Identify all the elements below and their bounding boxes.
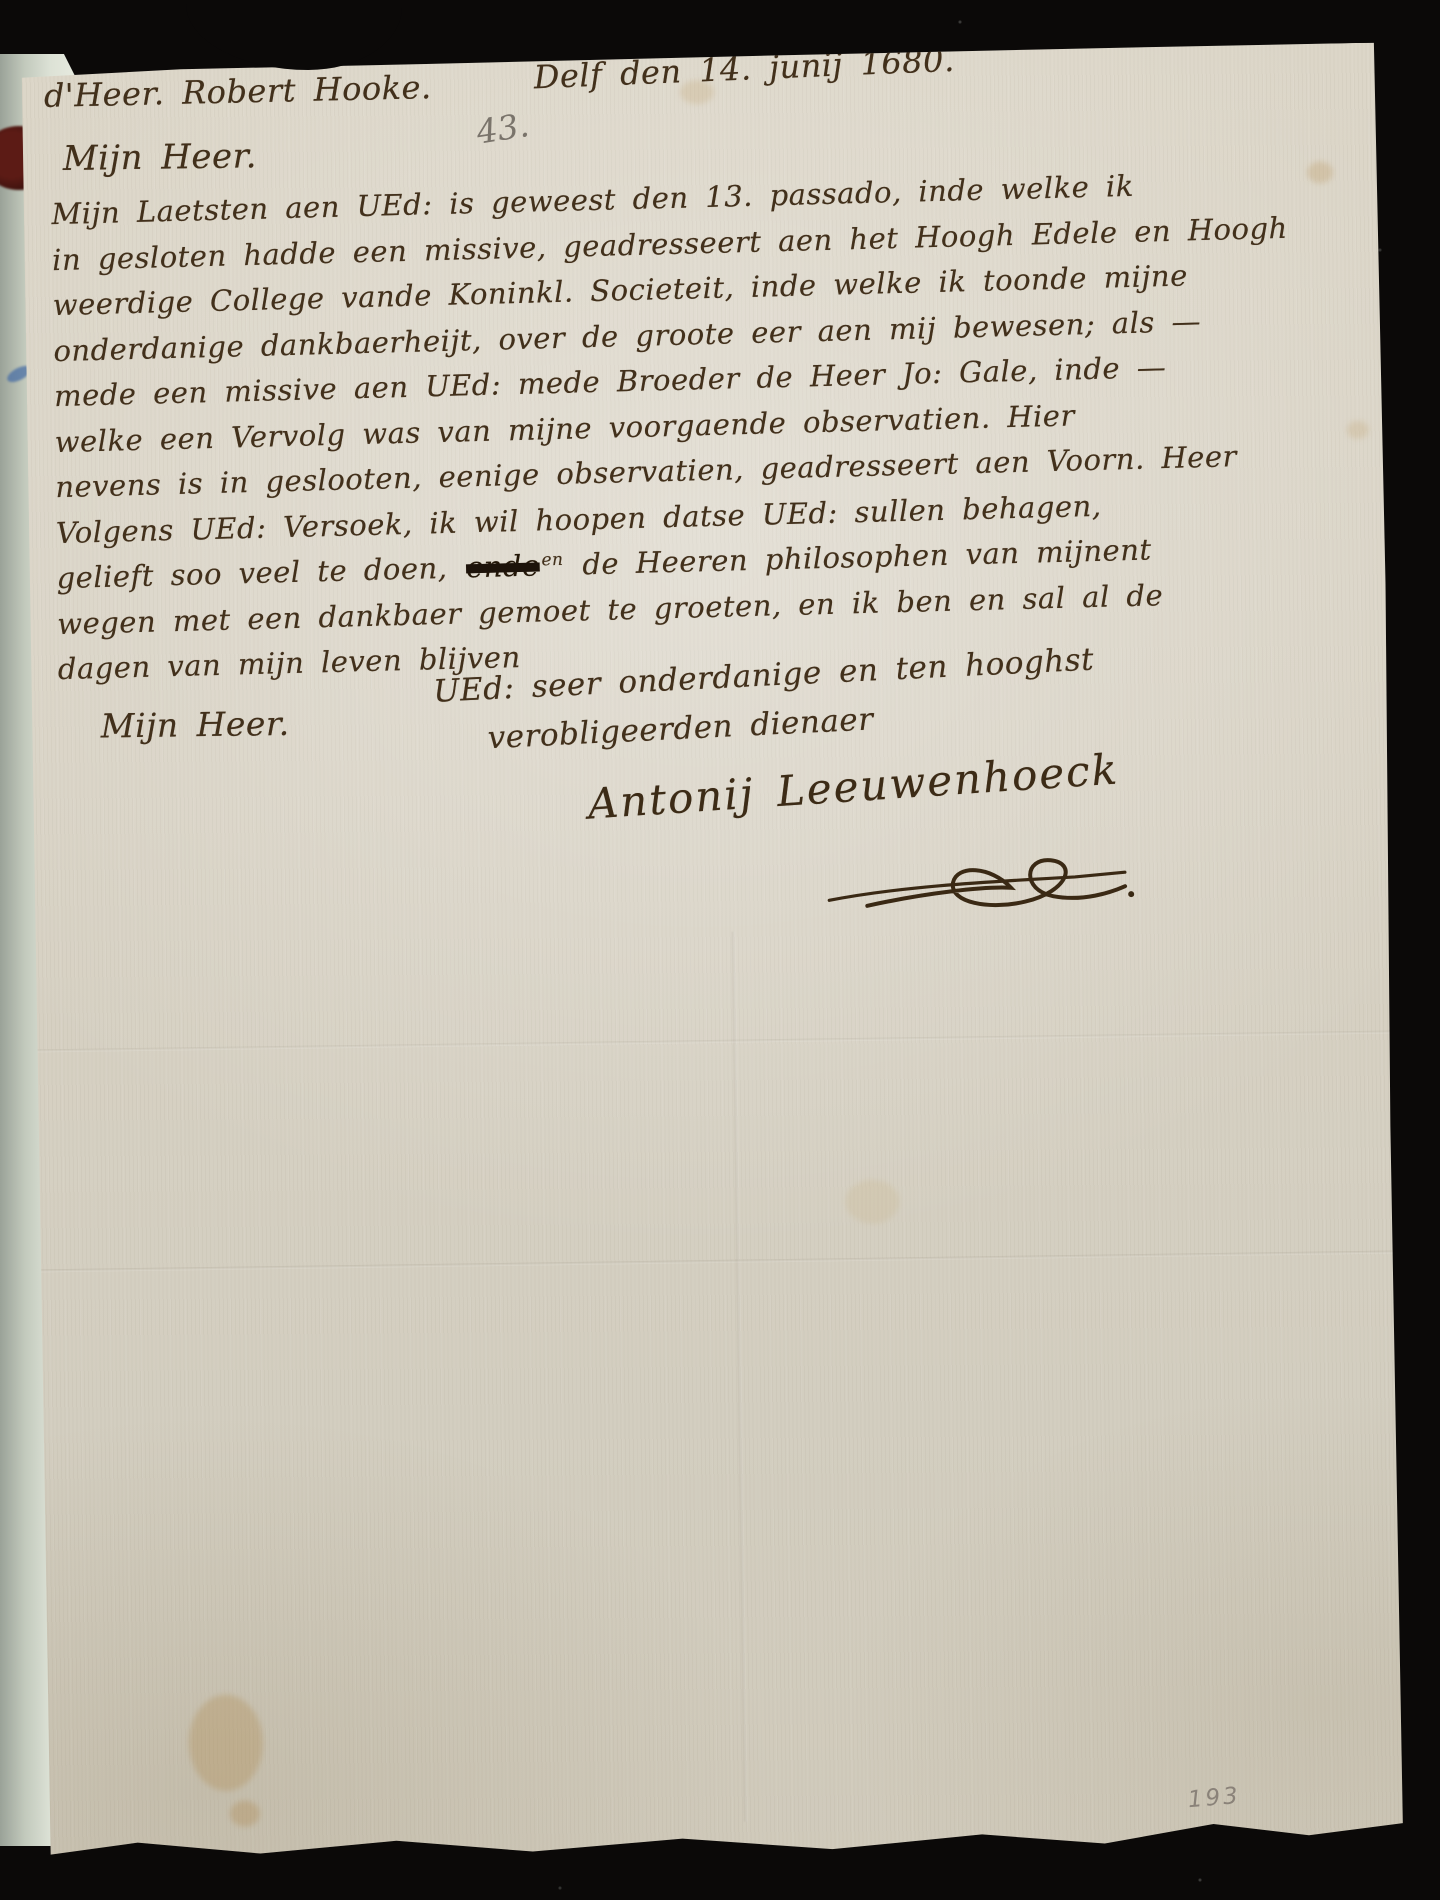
letter-body: Mijn Laetsten aen UEd: is geweest den 13…	[51, 180, 1294, 698]
signature: Antonij Leeuwenhoeck	[586, 744, 1120, 828]
paper-stain	[230, 1800, 260, 1826]
archival-number-pencil: 43.	[474, 105, 532, 152]
vertical-fold-crease	[732, 932, 747, 1822]
closing-salutation: Mijn Heer.	[100, 704, 289, 746]
paper-stain	[1347, 421, 1369, 439]
paper-stain	[1307, 161, 1333, 183]
folio-number-pencil: 193	[1187, 1783, 1242, 1813]
horizontal-fold-crease	[34, 1250, 1396, 1272]
paper-stain	[188, 1694, 263, 1791]
recipient-line: d'Heer. Robert Hooke.	[44, 68, 432, 115]
struck-out-word: ende	[464, 548, 542, 584]
signature-flourish	[824, 838, 1135, 932]
dateline: Delf den 14. junij 1680.	[533, 41, 955, 97]
superscript-correction: en	[541, 550, 564, 571]
paper-stain	[845, 1179, 900, 1224]
letter-sheet: d'Heer. Robert Hooke. Delf den 14. junij…	[17, 43, 1404, 1868]
horizontal-fold-crease	[31, 1030, 1393, 1052]
salutation: Mijn Heer.	[63, 136, 258, 179]
manuscript-photo: d'Heer. Robert Hooke. Delf den 14. junij…	[0, 0, 1440, 1900]
backdrop-notch	[186, 0, 402, 70]
